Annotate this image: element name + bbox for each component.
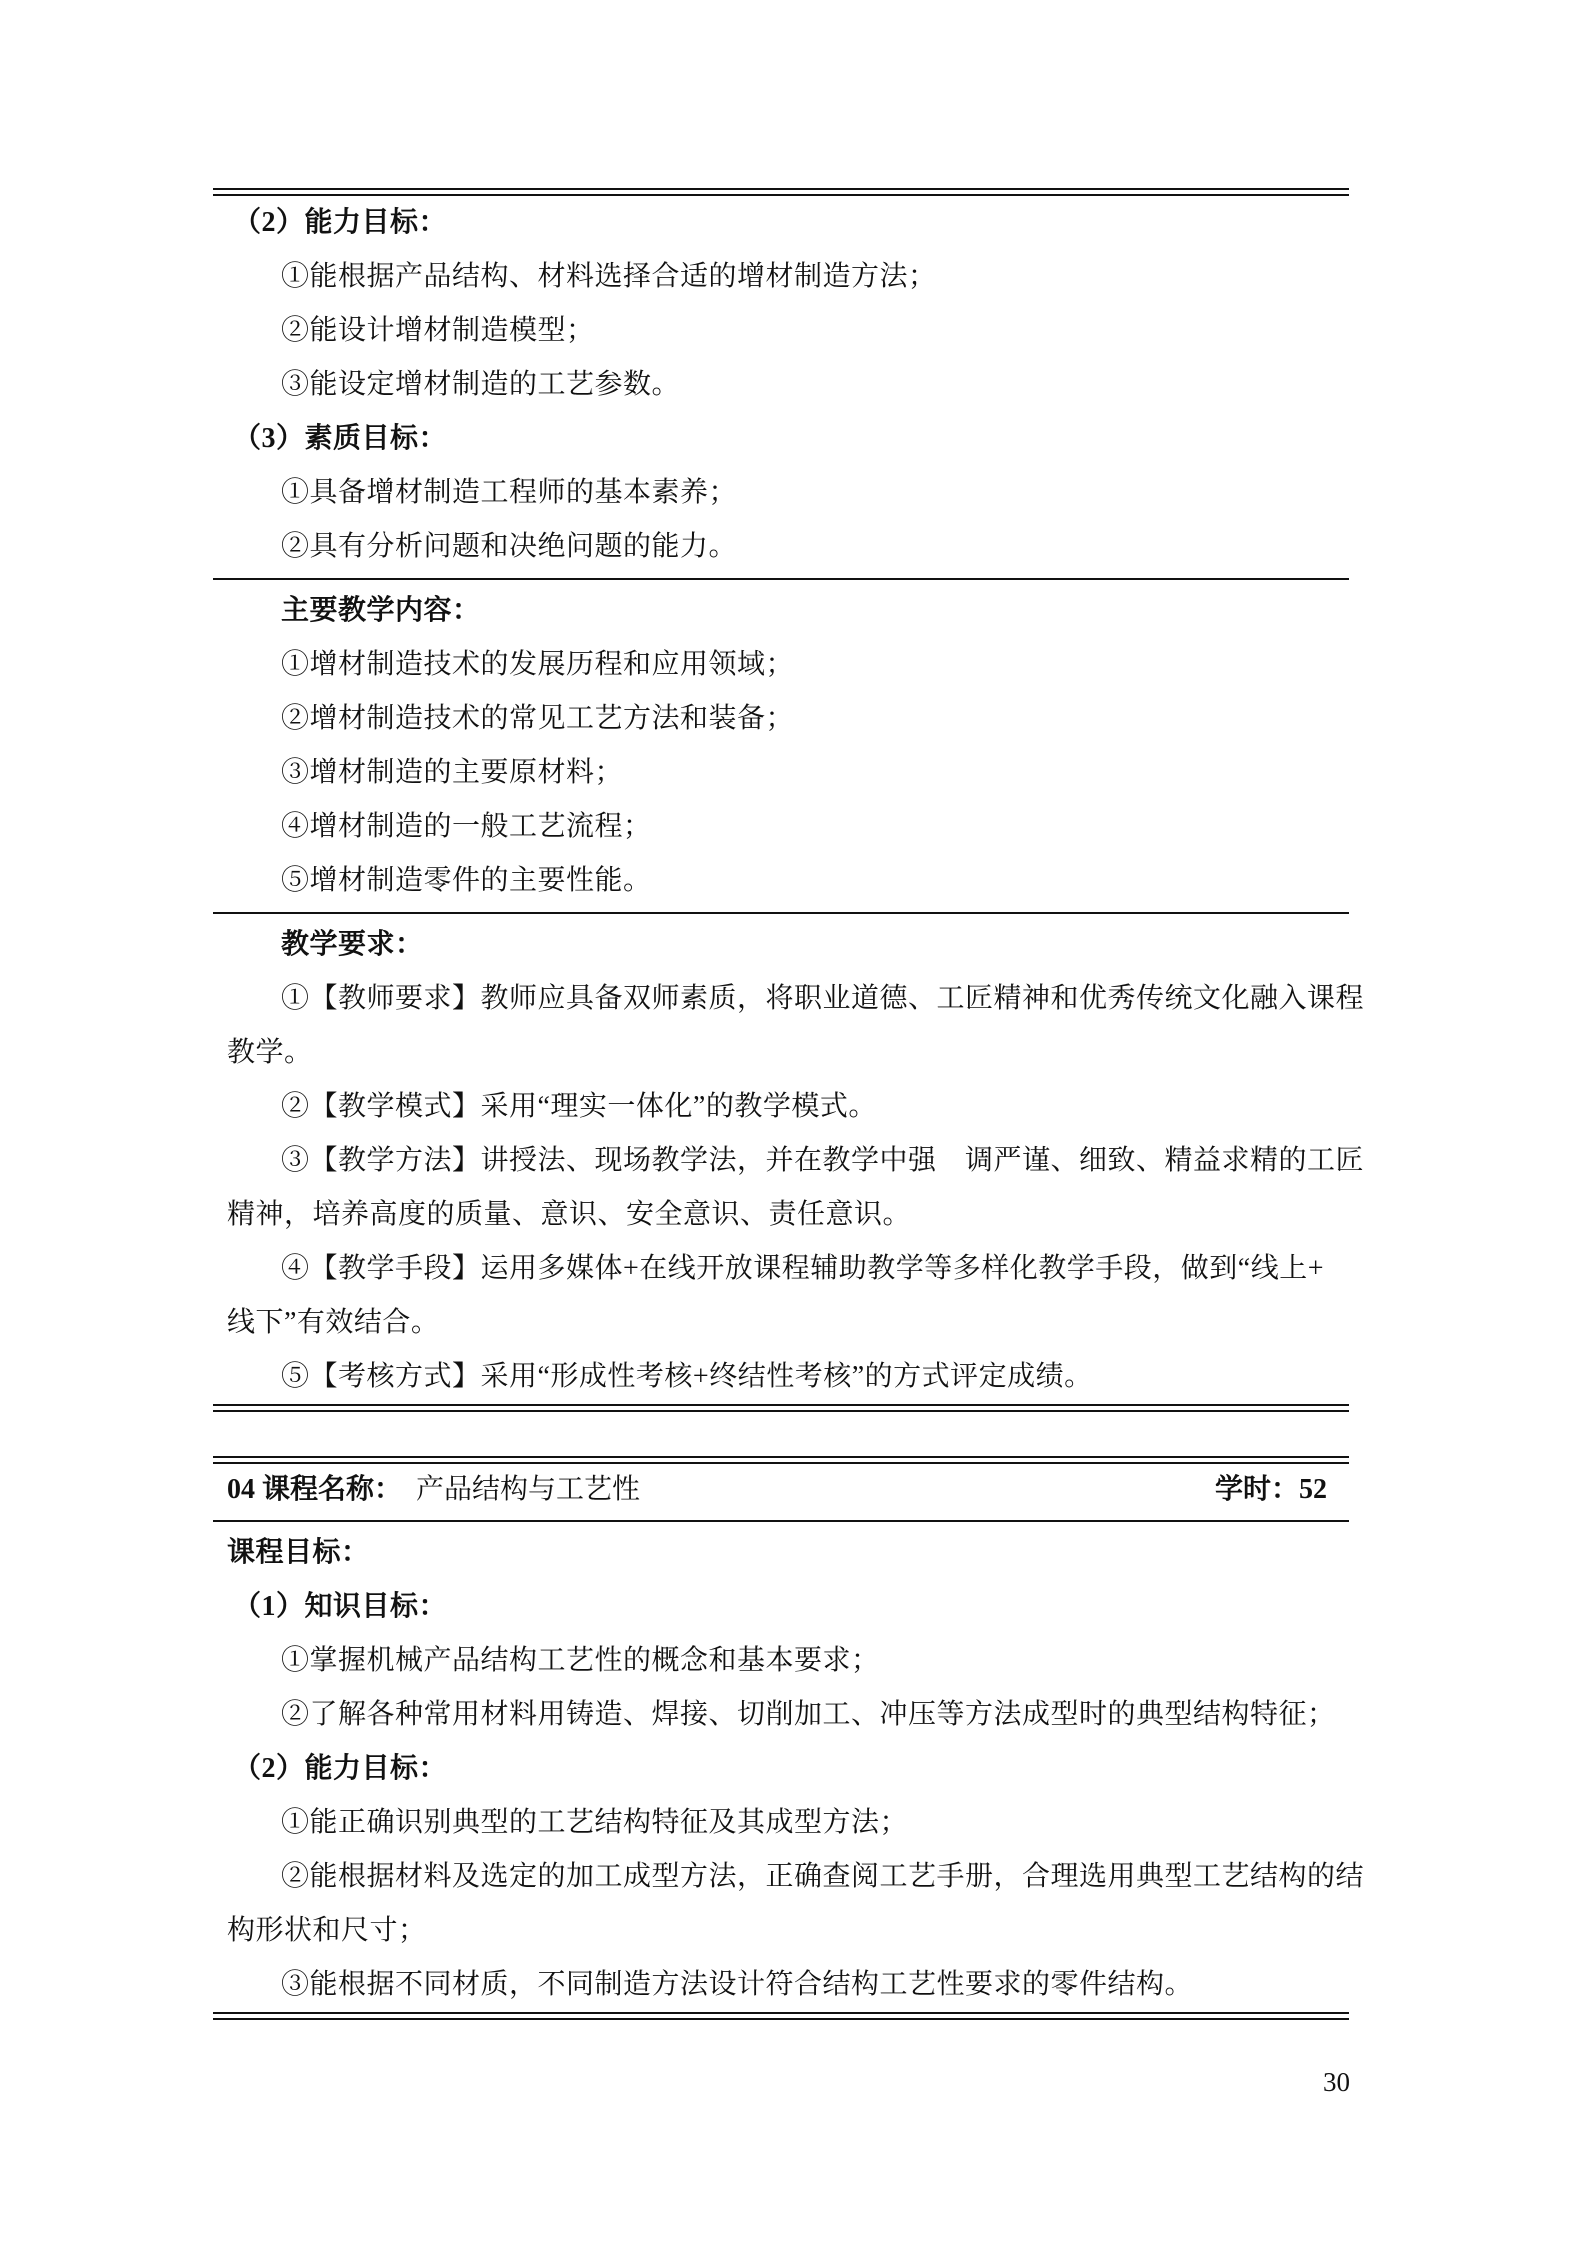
table-bottom-border (213, 2012, 1349, 2020)
course-header-row: 04 课程名称：产品结构与工艺性 学时：52 (213, 1464, 1349, 1516)
row-divider (213, 578, 1349, 580)
course-title: 04 课程名称：产品结构与工艺性 (227, 1464, 640, 1516)
teaching-requirement-line: ③【教学方法】讲授法、现场教学法，并在教学中强 调严谨、细致、精益求精的工匠 (281, 1134, 1349, 1188)
section-heading-knowledge-goals: （1）知识目标： (233, 1580, 1349, 1634)
knowledge-goal-item: ②了解各种常用材料用铸造、焊接、切削加工、冲压等方法成型时的典型结构特征； (281, 1688, 1349, 1742)
course-card-04: 04 课程名称：产品结构与工艺性 学时：52 课程目标： （1）知识目标： ①掌… (213, 1456, 1349, 2020)
teaching-requirement-line: ④【教学手段】运用多媒体+在线开放课程辅助教学等多样化教学手段，做到“线上+ (281, 1242, 1349, 1296)
teaching-requirement-line: 精神，培养高度的质量、意识、安全意识、责任意识。 (227, 1188, 1349, 1242)
ability-goal-line: ②能根据材料及选定的加工成型方法，正确查阅工艺手册，合理选用典型工艺结构的结 (281, 1850, 1349, 1904)
table-top-border (213, 1456, 1349, 1464)
course-card-continued: （2）能力目标： ①能根据产品结构、材料选择合适的增材制造方法； ②能设计增材制… (213, 188, 1349, 1412)
ability-goal-line: 构形状和尺寸； (227, 1904, 1349, 1958)
knowledge-goal-item: ①掌握机械产品结构工艺性的概念和基本要求； (281, 1634, 1349, 1688)
quality-goal-item: ②具有分析问题和决绝问题的能力。 (281, 520, 1349, 574)
page-number: 30 (1323, 2066, 1350, 2098)
ability-goal-line: ③能根据不同材质，不同制造方法设计符合结构工艺性要求的零件结构。 (281, 1958, 1349, 2012)
section-heading-quality-goals: （3）素质目标： (233, 412, 1349, 466)
teaching-requirement-line: 教学。 (227, 1026, 1349, 1080)
course-name: 产品结构与工艺性 (416, 1474, 640, 1505)
section-heading-ability-goals: （2）能力目标： (233, 1742, 1349, 1796)
ability-goal-item: ②能设计增材制造模型； (281, 304, 1349, 358)
teaching-requirement-line: ②【教学模式】采用“理实一体化”的教学模式。 (281, 1080, 1349, 1134)
teaching-content-item: ③增材制造的主要原材料； (281, 746, 1349, 800)
row-divider (213, 1520, 1349, 1522)
section-heading-ability-goals: （2）能力目标： (233, 196, 1349, 250)
course-number-label: 04 课程名称： (227, 1474, 402, 1505)
table-top-border (213, 188, 1349, 196)
table-bottom-border (213, 1404, 1349, 1412)
teaching-requirement-line: ⑤【考核方式】采用“形成性考核+终结性考核”的方式评定成绩。 (281, 1350, 1349, 1404)
section-heading-teaching-requirements: 教学要求： (281, 918, 1349, 972)
row-divider (213, 912, 1349, 914)
ability-goal-item: ①能根据产品结构、材料选择合适的增材制造方法； (281, 250, 1349, 304)
teaching-content-item: ④增材制造的一般工艺流程； (281, 800, 1349, 854)
section-heading-course-goals: 课程目标： (227, 1526, 1349, 1580)
teaching-content-item: ①增材制造技术的发展历程和应用领域； (281, 638, 1349, 692)
ability-goal-item: ③能设定增材制造的工艺参数。 (281, 358, 1349, 412)
teaching-requirement-line: 线下”有效结合。 (227, 1296, 1349, 1350)
teaching-content-item: ②增材制造技术的常见工艺方法和装备； (281, 692, 1349, 746)
teaching-requirement-line: ①【教师要求】教师应具备双师素质，将职业道德、工匠精神和优秀传统文化融入课程 (281, 972, 1349, 1026)
teaching-content-item: ⑤增材制造零件的主要性能。 (281, 854, 1349, 908)
document-page: （2）能力目标： ①能根据产品结构、材料选择合适的增材制造方法； ②能设计增材制… (0, 0, 1587, 2245)
course-hours: 学时：52 (1215, 1464, 1327, 1516)
section-heading-teaching-content: 主要教学内容： (281, 584, 1349, 638)
quality-goal-item: ①具备增材制造工程师的基本素养； (281, 466, 1349, 520)
ability-goal-line: ①能正确识别典型的工艺结构特征及其成型方法； (281, 1796, 1349, 1850)
